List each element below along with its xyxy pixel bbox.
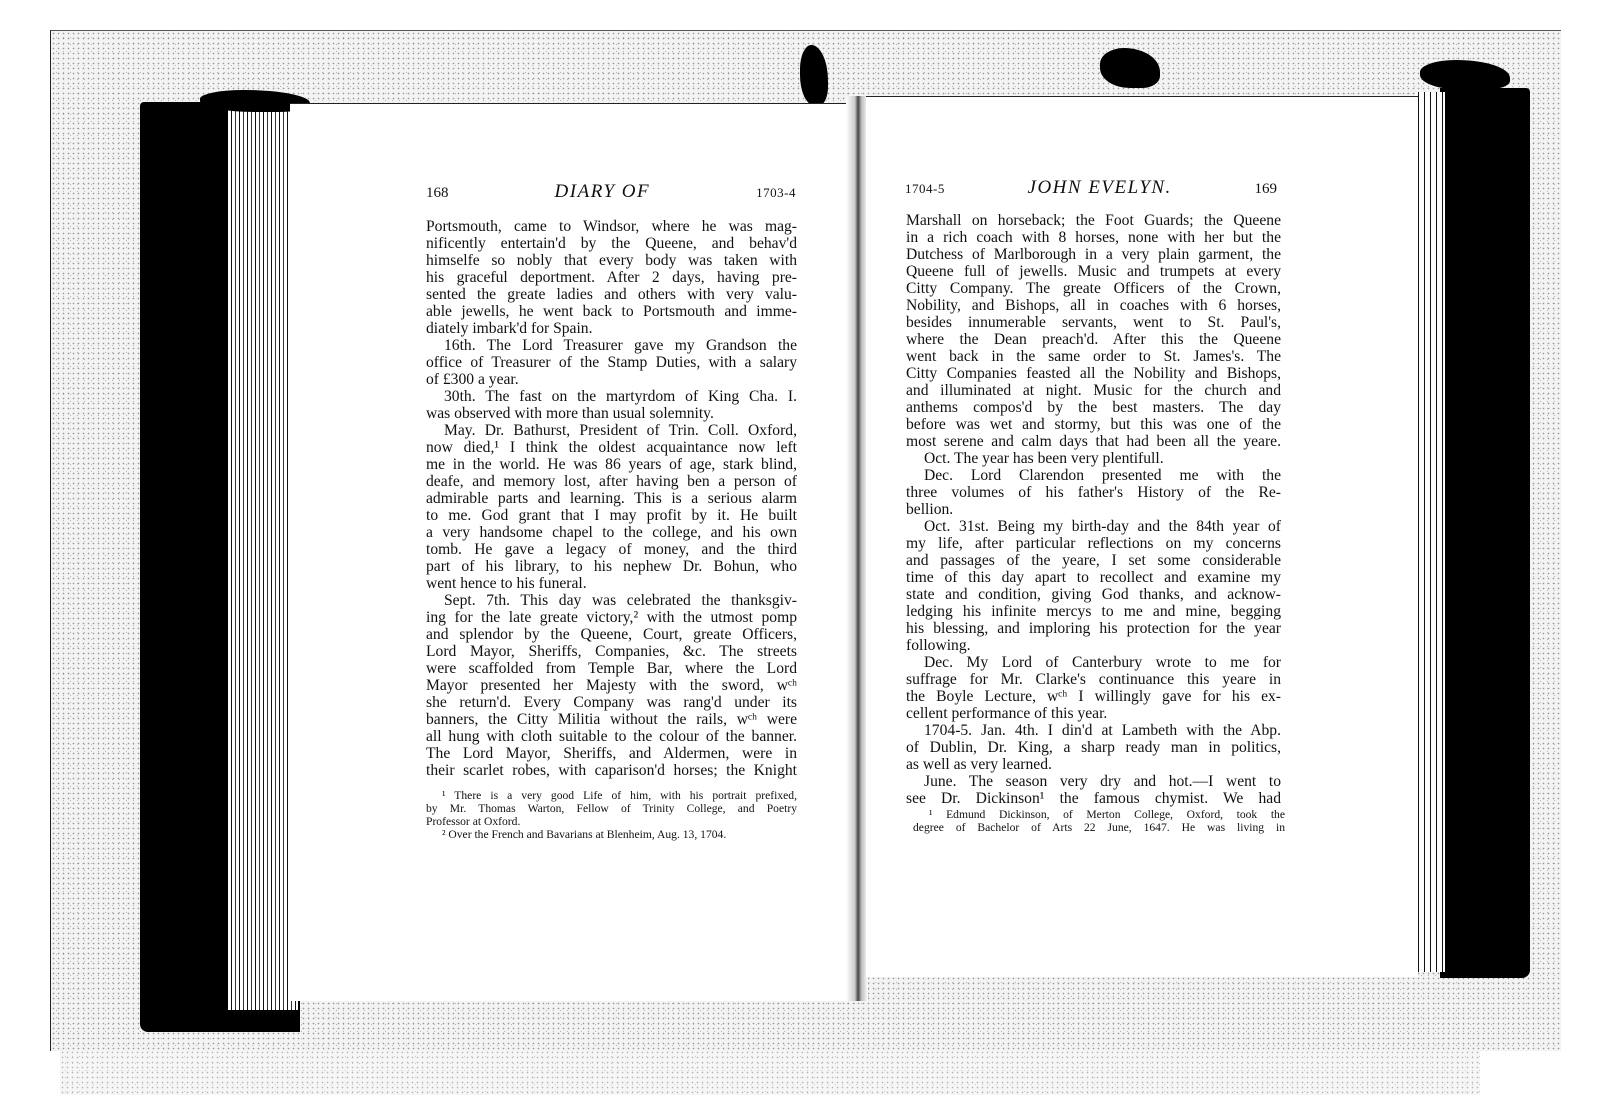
- text-line: three volumes of his father's History of…: [906, 484, 1281, 501]
- footnote-line: Professor at Oxford.: [426, 815, 797, 828]
- text-line: bellion.: [906, 501, 1281, 518]
- text-line: Marshall on horseback; the Foot Guards; …: [906, 212, 1281, 229]
- right-page-body: Marshall on horseback; the Foot Guards; …: [906, 212, 1281, 807]
- text-line: suffrage for Mr. Clarke's continuance th…: [906, 671, 1281, 688]
- right-page-years: 1704-5: [905, 181, 945, 197]
- right-running-title: JOHN EVELYN.: [1028, 177, 1172, 199]
- text-line: 16th. The Lord Treasurer gave my Grandso…: [426, 337, 797, 354]
- text-line: following.: [906, 637, 1281, 654]
- text-line: a very handsome chapel to the college, a…: [426, 524, 797, 541]
- text-line: Sept. 7th. This day was celebrated the t…: [426, 592, 797, 609]
- left-page-years: 1703-4: [756, 185, 796, 201]
- text-line: Oct. 31st. Being my birth-day and the 84…: [906, 518, 1281, 535]
- text-line: 30th. The fast on the martyrdom of King …: [426, 388, 797, 405]
- text-line: most serene and calm days that had been …: [906, 433, 1281, 450]
- text-line: and splendor by the Queene, Court, great…: [426, 626, 797, 643]
- text-line: office of Treasurer of the Stamp Duties,…: [426, 354, 797, 371]
- text-line: Citty Companies feasted all the Nobility…: [906, 365, 1281, 382]
- right-page-footnotes: ¹ Edmund Dickinson, of Merton College, O…: [913, 808, 1285, 834]
- text-line: the Boyle Lecture, wᶜʰ I willingly gave …: [906, 688, 1281, 705]
- text-line: besides innumerable servants, went to St…: [906, 314, 1281, 331]
- text-line: ledging his infinite mercys to me and mi…: [906, 603, 1281, 620]
- text-line: June. The season very dry and hot.—I wen…: [906, 773, 1281, 790]
- text-line: May. Dr. Bathurst, President of Trin. Co…: [426, 422, 797, 439]
- text-line: Queene full of jewells. Music and trumpe…: [906, 263, 1281, 280]
- footnote-line: by Mr. Thomas Warton, Fellow of Trinity …: [426, 802, 797, 815]
- text-line: Nobility, and Bishops, all in coaches wi…: [906, 297, 1281, 314]
- text-line: Dec. My Lord of Canterbury wrote to me f…: [906, 654, 1281, 671]
- text-line: in a rich coach with 8 horses, none with…: [906, 229, 1281, 246]
- text-line: Dutchess of Marlborough in a very plain …: [906, 246, 1281, 263]
- text-line: The Lord Mayor, Sheriffs, and Aldermen, …: [426, 745, 797, 762]
- text-line: state and condition, giving God thanks, …: [906, 586, 1281, 603]
- text-line: of £300 a year.: [426, 371, 797, 388]
- text-line: anthems compos'd by the best masters. Th…: [906, 399, 1281, 416]
- text-line: now died,¹ I think the oldest acquaintan…: [426, 439, 797, 456]
- text-line: were scaffolded from Temple Bar, where t…: [426, 660, 797, 677]
- text-line: was observed with more than usual solemn…: [426, 405, 797, 422]
- text-line: went back in the same order to St. James…: [906, 348, 1281, 365]
- text-line: Dec. Lord Clarendon presented me with th…: [906, 467, 1281, 484]
- left-page-body: Portsmouth, came to Windsor, where he wa…: [426, 218, 797, 779]
- book-spine-gutter: [846, 96, 868, 1001]
- text-line: and illuminated at night. Music for the …: [906, 382, 1281, 399]
- text-line: my life, after particular reflections on…: [906, 535, 1281, 552]
- text-line: to me. God grant that I may profit by it…: [426, 507, 797, 524]
- text-line: before was wet and stormy, but this was …: [906, 416, 1281, 433]
- footnote-line: ² Over the French and Bavarians at Blenh…: [426, 828, 797, 841]
- text-line: all hung with cloth suitable to the colo…: [426, 728, 797, 745]
- right-running-head: 1704-5 JOHN EVELYN. 169: [905, 177, 1277, 199]
- left-page-number: 168: [426, 185, 449, 202]
- text-line: nificently entertain'd by the Queene, an…: [426, 235, 797, 252]
- text-line: went hence to his funeral.: [426, 575, 797, 592]
- text-line: part of his library, to his nephew Dr. B…: [426, 558, 797, 575]
- text-line: tomb. He gave a legacy of money, and the…: [426, 541, 797, 558]
- text-line: time of this day apart to recollect and …: [906, 569, 1281, 586]
- page-edges-left: [228, 110, 298, 1010]
- text-line: Oct. The year has been very plentifull.: [906, 450, 1281, 467]
- footnote-line: ¹ There is a very good Life of him, with…: [426, 789, 797, 802]
- text-line: their scarlet robes, with caparison'd ho…: [426, 762, 797, 779]
- text-line: sented the greate ladies and others with…: [426, 286, 797, 303]
- text-line: able jewells, he went back to Portsmouth…: [426, 303, 797, 320]
- text-line: his graceful deportment. After 2 days, h…: [426, 269, 797, 286]
- text-line: me in the world. He was 86 years of age,…: [426, 456, 797, 473]
- text-line: Mayor presented her Majesty with the swo…: [426, 677, 797, 694]
- text-line: 1704-5. Jan. 4th. I din'd at Lambeth wit…: [906, 722, 1281, 739]
- text-line: admirable parts and learning. This is a …: [426, 490, 797, 507]
- text-line: she return'd. Every Company was rang'd u…: [426, 694, 797, 711]
- text-line: see Dr. Dickinson¹ the famous chymist. W…: [906, 790, 1281, 807]
- text-line: diately imbark'd for Spain.: [426, 320, 797, 337]
- book-cover-right: [1440, 88, 1530, 978]
- right-page-number: 169: [1254, 181, 1277, 198]
- text-line: ing for the late greate victory,² with t…: [426, 609, 797, 626]
- text-line: Lord Mayor, Sheriffs, Companies, &c. The…: [426, 643, 797, 660]
- text-line: deafe, and memory lost, after having ben…: [426, 473, 797, 490]
- scanner-background-bottom: [60, 1050, 1480, 1095]
- text-line: himselfe so nobly that every body was ta…: [426, 252, 797, 269]
- text-line: banners, the Citty Militia without the r…: [426, 711, 797, 728]
- text-line: his blessing, and imploring his protecti…: [906, 620, 1281, 637]
- text-line: of Dublin, Dr. King, a sharp ready man i…: [906, 739, 1281, 756]
- text-line: Portsmouth, came to Windsor, where he wa…: [426, 218, 797, 235]
- text-line: where the Dean preach'd. After this the …: [906, 331, 1281, 348]
- text-line: as well as very learned.: [906, 756, 1281, 773]
- text-line: and passages of the yeare, I set some co…: [906, 552, 1281, 569]
- text-line: Citty Company. The greate Officers of th…: [906, 280, 1281, 297]
- left-running-title: DIARY OF: [555, 181, 651, 203]
- footnote-line: degree of Bachelor of Arts 22 June, 1647…: [913, 821, 1285, 834]
- left-running-head: 168 DIARY OF 1703-4: [426, 181, 796, 203]
- text-line: cellent performance of this year.: [906, 705, 1281, 722]
- left-page-footnotes: ¹ There is a very good Life of him, with…: [426, 789, 797, 841]
- footnote-line: ¹ Edmund Dickinson, of Merton College, O…: [913, 808, 1285, 821]
- page-edges-right: [1415, 92, 1445, 972]
